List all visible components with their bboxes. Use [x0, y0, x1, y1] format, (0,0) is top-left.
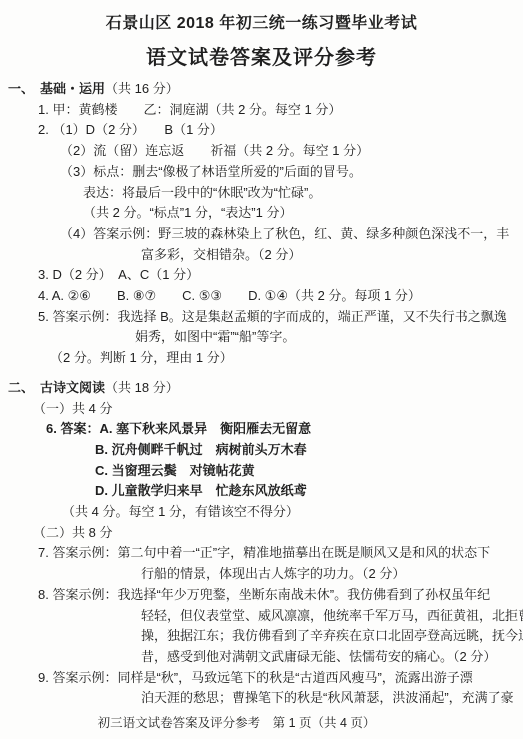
answer-line-q1: 1. 甲：黄鹤楼 乙：洞庭湖（共 2 分。每空 1 分） [0, 100, 523, 121]
answer-line-q2-2: （2）流（留）连忘返 祈福（共 2 分。每空 1 分） [0, 141, 523, 162]
answer-line-q3: 3. D（2 分） A、C（1 分） [0, 265, 523, 286]
section-1-heading: 一、基础・运用（共 16 分） [0, 79, 523, 100]
answer-line-part1: （一）共 4 分 [0, 399, 523, 420]
answer-line-q2-3score: （共 2 分。“标点”1 分，“表达”1 分） [0, 203, 523, 224]
answer-line-q8a: 8. 答案示例：我选择“年少万兜鍪，坐断东南战未休”。我仿佛看到了孙权虽年纪 [0, 585, 523, 606]
exam-title: 石景山区 2018 年初三统一练习暨毕业考试 [0, 0, 523, 33]
section-2-score: （共 18 分） [105, 380, 179, 395]
answer-line-q8b: 轻轻，但仪表堂堂、威风凛凛，他统率千军万马，西征黄祖，北拒曹 [0, 606, 523, 627]
answer-line-q6c: C. 当窗理云鬓 对镜帖花黄 [0, 461, 523, 482]
answer-line-q2-1: 2. （1）D（2 分） B（1 分） [0, 120, 523, 141]
answer-line-q6a: 6. 答案：A. 塞下秋来风景异 衡阳雁去无留意 [0, 419, 523, 440]
answer-line-q8d: 昔，感受到他对满朝文武庸碌无能、怯懦苟安的痛心。（2 分） [0, 647, 523, 668]
answer-line-q2-4b: 富多彩，交相错杂。（2 分） [0, 245, 523, 266]
section-1-title: 基础・运用 [40, 81, 105, 96]
answer-line-q7b: 行船的情景，体现出古人炼字的功力。（2 分） [0, 564, 523, 585]
answer-line-q9a: 9. 答案示例：同样是“秋”，马致远笔下的秋是“古道西风瘦马”，流露出游子漂 [0, 668, 523, 689]
section-2-title: 古诗文阅读 [40, 380, 105, 395]
page-footer: 初三语文试卷答案及评分参考 第 1 页（共 4 页） [0, 713, 498, 731]
section-1-number: 一、 [8, 81, 34, 96]
section-2-heading: 二、古诗文阅读（共 18 分） [0, 378, 523, 399]
answer-line-q8c: 操，独据江东；我仿佛看到了辛弃疾在京口北固亭登高远眺，抚今追 [0, 626, 523, 647]
answer-line-part2: （二）共 8 分 [0, 523, 523, 544]
answer-line-q9b: 泊天涯的愁思；曹操笔下的秋是“秋风萧瑟，洪波涌起”，充满了豪 [0, 688, 523, 709]
answer-line-q6d: D. 儿童散学归来早 忙趁东风放纸鸢 [0, 481, 523, 502]
answer-line-q5a: 5. 答案示例：我选择 B。这是集赵孟頫的字而成的，端正严谨，又不失行书之飘逸 [0, 307, 523, 328]
answer-line-q2-3b: 表达：将最后一段中的“休眠”改为“忙碌”。 [0, 183, 523, 204]
section-1-score: （共 16 分） [105, 81, 179, 96]
answer-line-q5score: （2 分。判断 1 分，理由 1 分） [0, 348, 523, 369]
answer-line-q4: 4. A. ②⑥ B. ⑧⑦ C. ⑤③ D. ①④（共 2 分。每项 1 分） [0, 286, 523, 307]
section-2-number: 二、 [8, 380, 34, 395]
answer-line-q6b: B. 沉舟侧畔千帆过 病树前头万木春 [0, 440, 523, 461]
answer-line-q5b: 娟秀，如图中“霜”“船”等字。 [0, 327, 523, 348]
answer-line-q7a: 7. 答案示例：第二句中着一“正”字，精准地描摹出在既是顺风又是和风的状态下 [0, 543, 523, 564]
answer-line-q2-3a: （3）标点：删去“像极了林语堂所爱的”后面的冒号。 [0, 162, 523, 183]
exam-subtitle: 语文试卷答案及评分参考 [0, 41, 523, 70]
exam-answer-page: 石景山区 2018 年初三统一练习暨毕业考试 语文试卷答案及评分参考 一、基础・… [0, 0, 523, 739]
answer-line-q2-4a: （4）答案示例：野三坡的森林染上了秋色，红、黄、绿多种颜色深浅不一，丰 [0, 224, 523, 245]
answer-line-q6score: （共 4 分。每空 1 分，有错该空不得分） [0, 502, 523, 523]
